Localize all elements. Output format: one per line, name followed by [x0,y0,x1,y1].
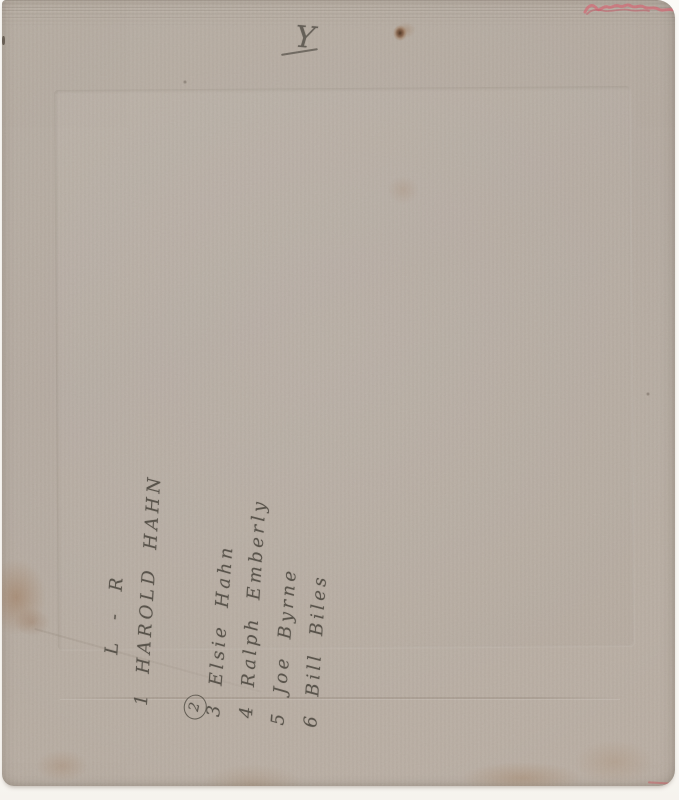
entry-number: 5 [267,710,289,727]
scanned-photo-back: { "colors": { "background": "#fbfaf7", "… [0,0,679,800]
entry-number: 4 [236,703,258,719]
handwritten-caption: L - R 1 HAROLD HAHN 2 3 Elsie Hahn 4 Ral… [92,477,348,731]
edge-fleck-mark [2,36,5,45]
pencil-sorting-mark: Y [281,24,329,70]
corner-red-tinge [648,781,673,784]
entry-number: 1 [131,690,153,707]
pink-crayon-scribble [583,0,675,22]
entry-number: 3 [203,701,225,718]
photo-back-paper: Y L - R 1 HAROLD HAHN 2 3 Elsie Hahn 4 R… [2,0,675,786]
entry-name: Ralph Emberly [238,498,271,688]
entry-name: Bill Biles [302,573,331,697]
entry-name: Elsie Hahn [206,543,238,686]
entry-number: 6 [300,712,322,728]
paper-ridge-texture [2,0,675,27]
entry-name: HAROLD HAHN [133,473,166,674]
entry-name: Joe Byrne [270,567,301,695]
